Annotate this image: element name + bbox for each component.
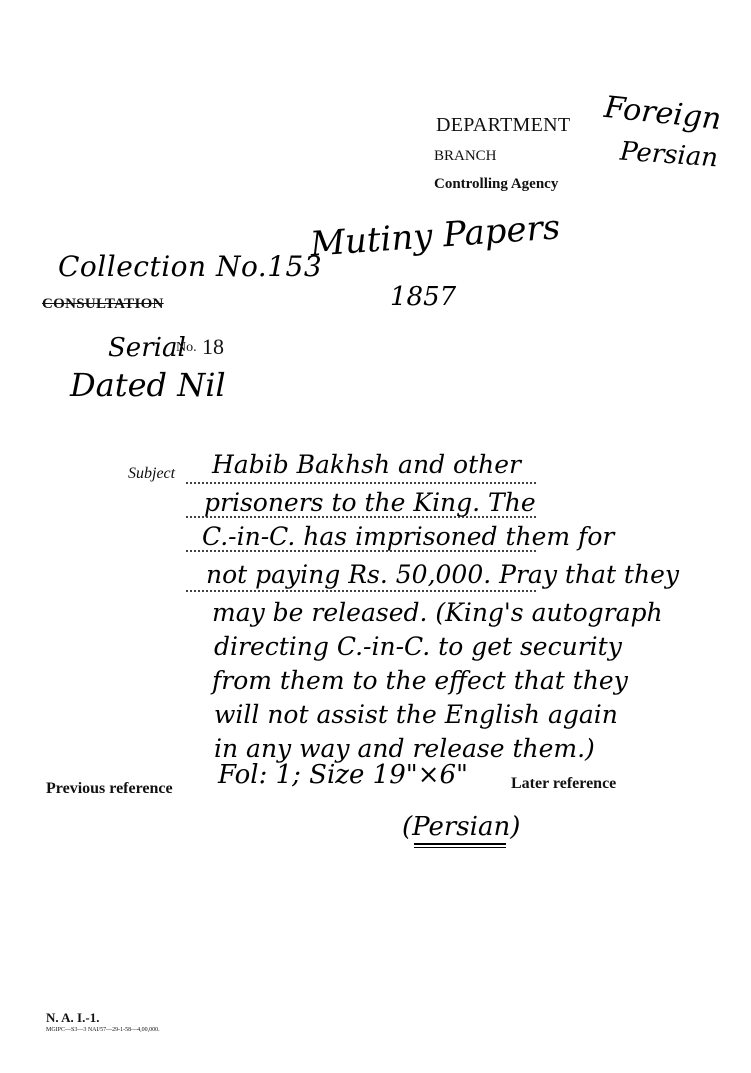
subject-label: Subject [128,465,175,483]
subject-line: from them to the effect that they [212,666,628,695]
series-title: Mutiny Papers [309,207,562,264]
language-note: (Persian) [402,812,520,842]
serial-label: Serial [108,333,186,363]
controlling-agency-label: Controlling Agency [434,176,558,193]
print-code: MGIPC—S3—3 NAI/57—29-1-58—4,00,000. [46,1027,160,1033]
subject-line: may be released. (King's autograph [212,598,663,627]
subject-line: Habib Bakhsh and other [212,450,521,479]
collection-number: Collection No.153 [58,250,322,283]
subject-line: C.-in-C. has imprisoned them for [202,522,614,551]
subject-dotted-line [186,590,536,592]
branch-value: Persian [619,137,719,174]
subject-line: in any way and release them.) [214,734,595,763]
consultation-label: CONSULTATION [42,296,164,313]
subject-line: prisoners to the King. The [204,488,536,517]
subject-dotted-line [186,482,536,484]
branch-label: BRANCH [434,148,497,165]
dated-field: Dated Nil [70,366,226,404]
language-underline [414,843,506,848]
subject-line: directing C.-in-C. to get security [214,632,622,661]
previous-reference-label: Previous reference [46,780,173,798]
subject-line: will not assist the English again [214,700,618,729]
serial-no-label: No. [176,340,197,356]
later-reference-label: Later reference [511,775,616,793]
serial-number: 18 [202,334,224,360]
form-number: N. A. I.-1. [46,1010,99,1026]
department-value: Foreign [602,90,722,137]
folio-size-note: Fol: 1; Size 19"×6" [218,760,468,790]
subject-line: not paying Rs. 50,000. Pray that they [206,560,679,589]
series-year: 1857 [390,282,456,312]
department-label: DEPARTMENT [436,114,570,137]
